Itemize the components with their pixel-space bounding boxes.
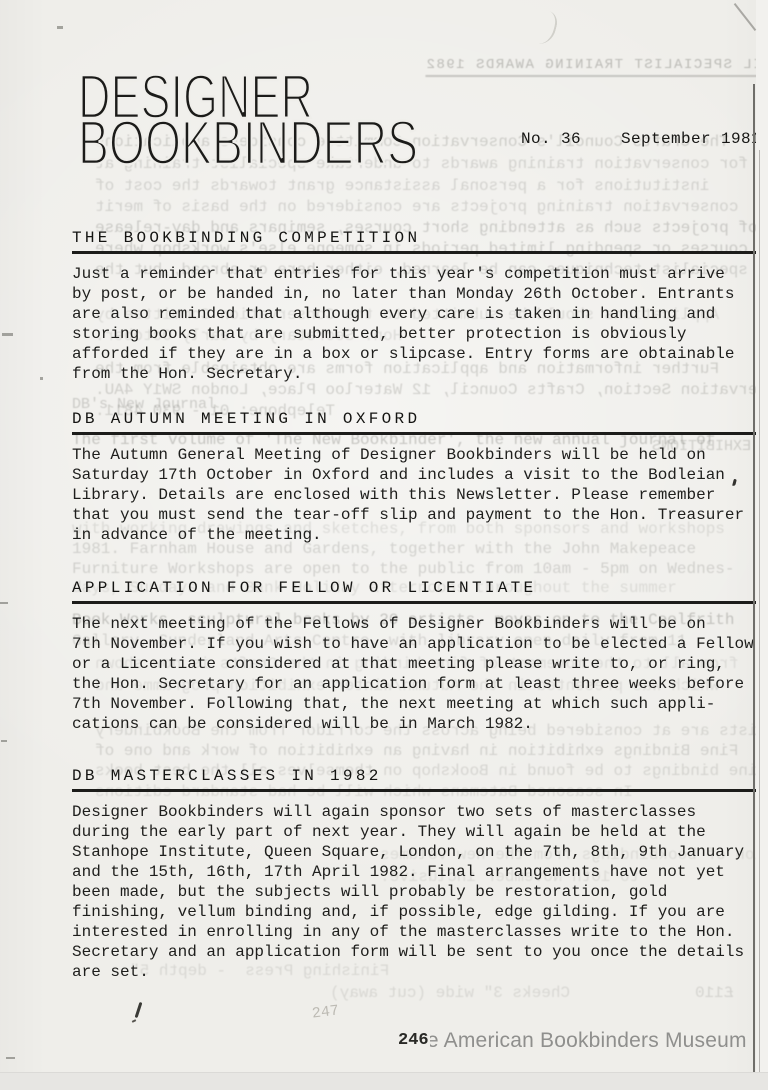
page-number: 246: [397, 1031, 430, 1050]
section: DB MASTERCLASSES IN 1982Designer Bookbin…: [72, 766, 757, 982]
body-line: Just a reminder that entries for this ye…: [72, 264, 757, 284]
body-line: Stanhope Institute, Queen Square, London…: [72, 842, 757, 862]
body-line: or a Licentiate considered at that meeti…: [72, 654, 757, 674]
pen-mark: [135, 1002, 143, 1018]
body-line: in advance of the meeting.: [72, 525, 757, 545]
bleed-fragment: Furniture Workshops are open to the publ…: [72, 560, 735, 578]
body-line: The Autumn General Meeting of Designer B…: [72, 445, 757, 465]
body-line: 7th November. Following that, the next m…: [72, 694, 757, 714]
body-line: are also reminded that although every ca…: [72, 304, 757, 324]
edge-mark: [40, 377, 43, 380]
section-body: The next meeting of the Fellows of Desig…: [72, 614, 757, 734]
section-rule: [72, 251, 757, 254]
body-line: interested in enrolling in any of the ma…: [72, 922, 757, 942]
edge-mark: [1, 740, 7, 742]
edge-mark: [57, 26, 63, 29]
museum-watermark: The American Bookbinders Museum: [402, 1029, 747, 1053]
bleed-fragment: £110: [695, 984, 733, 1002]
body-line: from the Hon. Secretary.: [72, 364, 757, 384]
body-line: been made, but the subjects will probabl…: [72, 882, 757, 902]
body-line: The next meeting of the Fellows of Desig…: [72, 614, 757, 634]
body-line: 7th November. If you wish to have an app…: [72, 634, 757, 654]
body-line: and the 15th, 16th, 17th April 1982. Fin…: [72, 862, 757, 882]
edge-mark: [2, 333, 13, 336]
body-line: cations can be considered will be in Mar…: [72, 714, 757, 734]
body-line: Library. Details are enclosed with this …: [72, 485, 757, 505]
section-rule: [72, 432, 757, 435]
section-heading: DB AUTUMN MEETING IN OXFORD: [72, 409, 757, 429]
bleed-fragment: Cheeks 3" wide (cut away): [330, 984, 570, 1002]
body-line: during the early part of next year. They…: [72, 822, 757, 842]
body-line: afforded if they are in a box or slipcas…: [72, 344, 757, 364]
faint-squiggle-mark: [524, 7, 559, 47]
body-line: Designer Bookbinders will again sponsor …: [72, 802, 757, 822]
section-body: Just a reminder that entries for this ye…: [72, 264, 757, 384]
section-body: Designer Bookbinders will again sponsor …: [72, 802, 757, 982]
body-line: the Hon. Secretary for an application fo…: [72, 674, 757, 694]
section: THE BOOKBINDING COMPETITIONJust a remind…: [72, 228, 757, 384]
body-line: Saturday 17th October in Oxford and incl…: [72, 465, 757, 485]
edge-mark: [0, 602, 8, 604]
body-line: that you must send the tear-off slip and…: [72, 505, 757, 525]
section-heading: THE BOOKBINDING COMPETITION: [72, 228, 757, 248]
masthead-line2: BOOKBINDERS: [78, 109, 418, 178]
bleed-fragment: Fine Bindings exhibition in having an ex…: [95, 742, 738, 760]
issue-number-date: No. 36 September 1981: [521, 130, 761, 148]
body-line: are set.: [72, 962, 757, 982]
body-line: storing books that are submitted, better…: [72, 324, 757, 344]
section-rule: [72, 601, 757, 604]
scan-bottom-band: [0, 1072, 768, 1090]
body-line: Secretary and an application form will b…: [72, 942, 757, 962]
section-rule: [72, 789, 757, 792]
section-body: The Autumn General Meeting of Designer B…: [72, 445, 757, 545]
edge-mark: [6, 1057, 15, 1059]
page-edge-line: [753, 84, 755, 1090]
scan-right-strip: [756, 0, 768, 1090]
section-heading: DB MASTERCLASSES IN 1982: [72, 766, 757, 786]
scanned-newsletter-page: CRAFTS COUNCIL SPECIALIST TRAINING AWARD…: [0, 0, 768, 1090]
pen-mark-dot: [132, 1019, 136, 1023]
corner-crease-mark: [734, 3, 757, 31]
body-line: finishing, vellum binding and, if possib…: [72, 902, 757, 922]
masthead-logo: DESIGNER BOOKBINDERS: [70, 70, 510, 180]
page-edge-line-secondary: [759, 150, 760, 1090]
section: APPLICATION FOR FELLOW OR LICENTIATEThe …: [72, 578, 757, 734]
body-line: by post, or be handed in, no later than …: [72, 284, 757, 304]
section-heading: APPLICATION FOR FELLOW OR LICENTIATE: [72, 578, 757, 598]
bleed-fragment: conservation training projects are consi…: [95, 198, 738, 216]
section: DB AUTUMN MEETING IN OXFORDThe Autumn Ge…: [72, 409, 757, 545]
ghost-page-number: 247: [311, 1002, 340, 1022]
